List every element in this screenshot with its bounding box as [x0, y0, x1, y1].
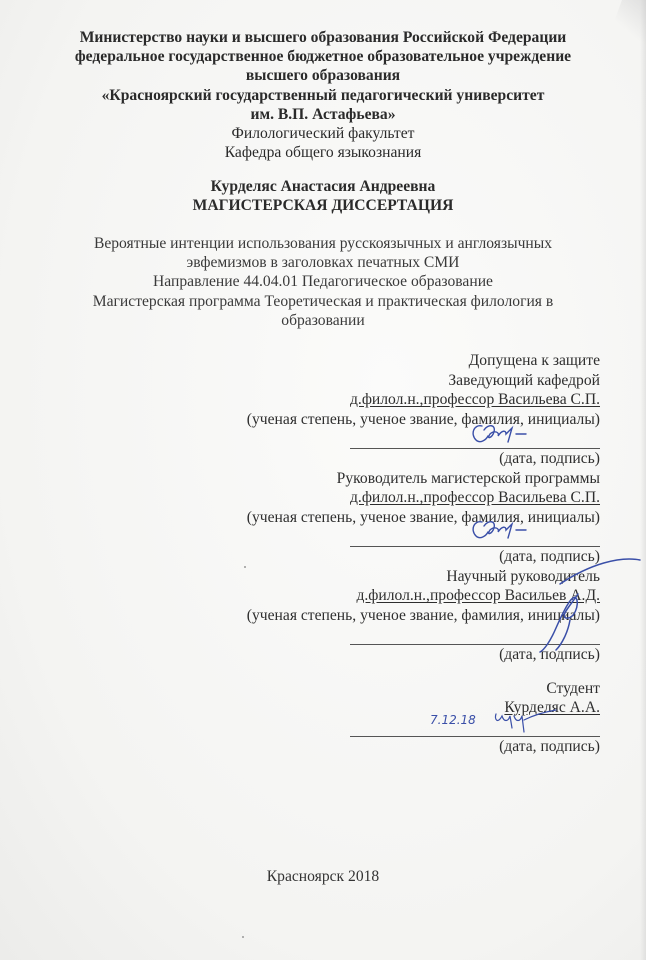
program-head-signature-line	[350, 527, 600, 547]
topic-title-line-1: Вероятные интенции использования русскоя…	[0, 234, 646, 253]
spacer	[247, 665, 600, 679]
city-year: Красноярск 2018	[0, 868, 646, 886]
work-type: МАГИСТЕРСКАЯ ДИССЕРТАЦИЯ	[0, 196, 646, 215]
scan-speck	[242, 936, 244, 938]
head-signature-line	[350, 429, 600, 449]
program-line-1: Магистерская программа Теоретическая и п…	[0, 292, 646, 311]
direction-line: Направление 44.04.01 Педагогическое обра…	[0, 272, 646, 291]
student-name: Курделяс А.А.	[247, 698, 600, 718]
program-head-name: д.филол.н.,профессор Васильева С.П.	[247, 488, 600, 508]
university-line-1: «Красноярский государственный педагогиче…	[0, 86, 646, 105]
program-line-2: образовании	[0, 311, 646, 330]
department-line: Кафедра общего языкознания	[0, 143, 646, 162]
institution-header: Министерство науки и высшего образования…	[0, 28, 646, 162]
admitted-to-defense: Допущена к защите	[247, 351, 600, 371]
faculty-line: Филологический факультет	[0, 124, 646, 143]
supervisor-role: Научный руководитель	[247, 567, 600, 587]
head-name: д.филол.н.,профессор Васильева С.П.	[247, 390, 600, 410]
supervisor-name-caption: (ученая степень, ученое звание, фамилия,…	[247, 606, 600, 626]
supervisor-signature-caption: (дата, подпись)	[247, 645, 600, 665]
program-head-name-caption: (ученая степень, ученое звание, фамилия,…	[247, 508, 600, 528]
ministry-line: Министерство науки и высшего образования…	[0, 28, 646, 47]
institution-type-line-1: федеральное государственное бюджетное об…	[0, 47, 646, 66]
student-role: Студент	[247, 679, 600, 699]
supervisor-signature-line	[350, 625, 600, 645]
university-line-2: им. В.П. Астафьева»	[0, 105, 646, 124]
approval-block: Допущена к защите Заведующий кафедрой д.…	[247, 351, 600, 757]
supervisor-name: д.филол.н.,профессор Васильев А.Д.	[247, 586, 600, 606]
head-signature-caption: (дата, подпись)	[247, 449, 600, 469]
topic-title-line-2: эвфемизмов в заголовках печатных СМИ	[0, 253, 646, 272]
thesis-topic-block: Вероятные интенции использования русскоя…	[0, 234, 646, 330]
scan-speck	[244, 566, 246, 568]
program-head-role: Руководитель магистерской программы	[247, 469, 600, 489]
program-head-signature-caption: (дата, подпись)	[247, 547, 600, 567]
student-signature-line	[350, 718, 600, 738]
institution-type-line-2: высшего образования	[0, 66, 646, 85]
scanned-page: Министерство науки и высшего образования…	[0, 0, 646, 960]
head-name-caption: (ученая степень, ученое звание, фамилия,…	[247, 410, 600, 430]
student-signature-caption: (дата, подпись)	[247, 737, 600, 757]
author-name: Курделяс Анастасия Андреевна	[0, 177, 646, 196]
head-role: Заведующий кафедрой	[247, 371, 600, 391]
author-title-block: Курделяс Анастасия Андреевна МАГИСТЕРСКА…	[0, 177, 646, 215]
